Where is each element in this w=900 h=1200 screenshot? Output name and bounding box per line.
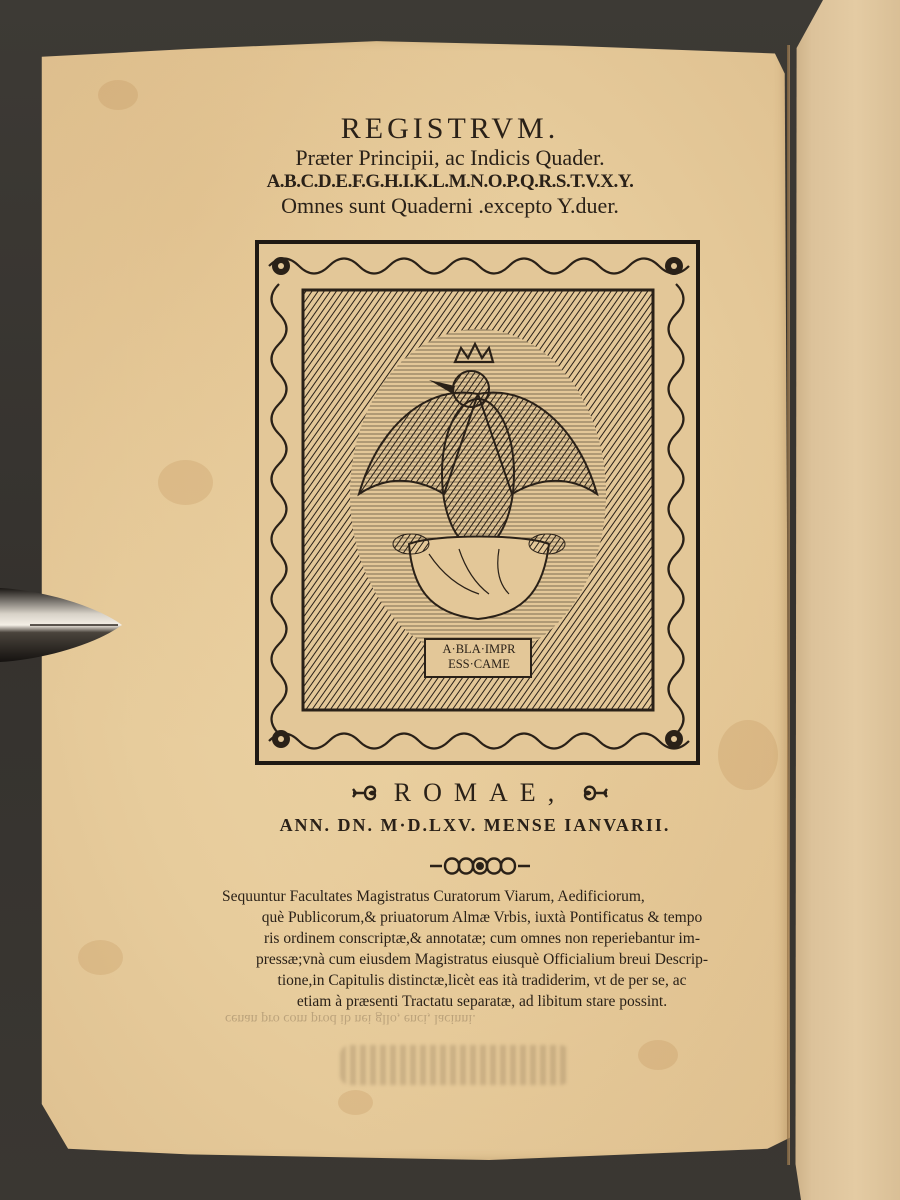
imprint-date: ANN. DN. M·D.LXV. MENSE IANVARII. bbox=[200, 815, 750, 836]
heading-line-3: Omnes sunt Quaderni .excepto Y.duer. bbox=[200, 194, 700, 218]
paragraph-line: Sequuntur Facultates Magistratus Curator… bbox=[222, 886, 742, 907]
registrum-heading: REGISTRVM. Præter Principii, ac Indicis … bbox=[200, 112, 700, 218]
paragraph-line: pressæ;vnà cum eiusdem Magistratus eiusq… bbox=[222, 949, 742, 970]
signature-list: A.B.C.D.E.F.G.H.I.K.L.M.N.O.P.Q.R.S.T.V.… bbox=[200, 170, 700, 194]
paragraph-line: ris ordinem conscriptæ,& annotatæ; cum o… bbox=[222, 928, 742, 949]
cartouche-line-1: A·BLA·IMPR bbox=[429, 642, 529, 657]
cartouche-line-2: ESS·CAME bbox=[429, 657, 529, 672]
showthrough-ornament bbox=[340, 1045, 570, 1085]
paragraph-line: etiam à præsenti Tractatu separatæ, ad l… bbox=[222, 991, 742, 1012]
paragraph-line: tione,in Capitulis distinctæ,licèt eas i… bbox=[222, 970, 742, 991]
imprint-place: ROMAE, bbox=[340, 775, 620, 811]
place-name: ROMAE, bbox=[394, 778, 566, 808]
spine-gutter bbox=[787, 45, 790, 1165]
facing-page bbox=[790, 0, 900, 1200]
heading-title: REGISTRVM. bbox=[200, 112, 700, 146]
cartouche-text: A·BLA·IMPR ESS·CAME bbox=[429, 642, 529, 672]
ornament-divider-icon bbox=[425, 848, 535, 884]
fleuron-left-icon bbox=[348, 778, 378, 808]
fleuron-right-icon bbox=[582, 778, 612, 808]
heading-line-1: Præter Principii, ac Indicis Quader. bbox=[200, 146, 700, 170]
page-weight-clip-icon bbox=[0, 580, 125, 670]
facultates-paragraph: Sequuntur Facultates Magistratus Curator… bbox=[222, 886, 742, 1012]
showthrough-text: cenan pro com prod ib nei gllo, enci, la… bbox=[225, 1010, 725, 1026]
crowned-eagle-icon bbox=[259, 244, 696, 761]
woodcut-printers-device: A·BLA·IMPR ESS·CAME bbox=[255, 240, 700, 765]
paragraph-line: què Publicorum,& priuatorum Almæ Vrbis, … bbox=[222, 907, 742, 928]
